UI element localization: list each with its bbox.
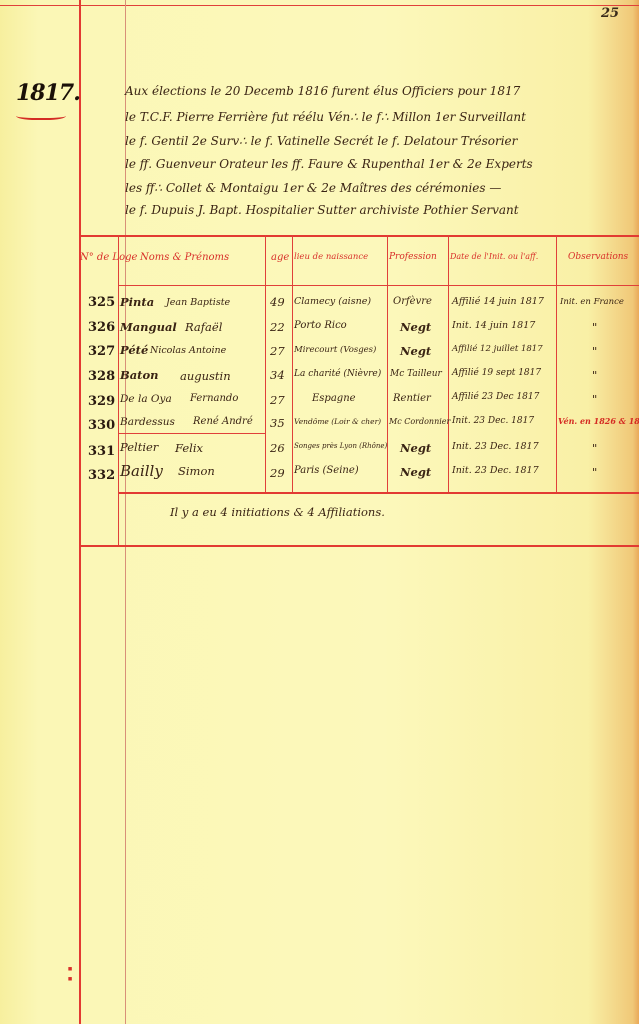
col-divider [448,235,449,492]
birthplace: Espagne [312,393,356,404]
surname: Bardessus [120,416,175,428]
given-names: Fernando [190,393,238,404]
profession: Negt [400,320,431,334]
observation: Init. en France [560,297,624,307]
lodge-number: 331 [88,444,115,459]
lodge-number: 328 [88,369,115,384]
observation: " [592,392,597,406]
intro-line: les ff∴ Collet & Montaigu 1er & 2e Maîtr… [125,181,635,195]
observation: " [592,441,597,455]
birthplace: Songes près Lyon (Rhône) [294,442,387,450]
intro-line: le ff. Guenveur Orateur les ff. Faure & … [125,157,635,171]
birthplace: Clamecy (aisne) [294,296,371,307]
observation: " [592,344,597,358]
given-names: Felix [175,441,203,455]
surname: Pinta [120,295,154,309]
date: Affilié 14 juin 1817 [452,296,544,307]
col-divider [118,235,119,545]
birthplace: La charité (Nièvre) [294,369,381,379]
surname: Baton [120,368,159,382]
header-observations: Observations [568,252,628,262]
birthplace: Paris (Seine) [294,465,359,476]
header-age: age [271,252,289,263]
birthplace: Vendôme (Loir & cher) [294,417,381,426]
age: 35 [270,416,285,430]
given-names: Nicolas Antoine [150,345,226,356]
margin-line-inner [125,0,126,1024]
summary-bottom-rule [79,545,639,547]
col-divider [292,235,293,492]
given-names: augustin [180,369,231,383]
header-date: Date de l'Init. ou l'aff. [450,252,538,261]
col-divider [556,235,557,492]
top-rule [0,5,639,6]
observation: Vén. en 1826 & 1827 [558,416,639,426]
date: Affilié 12 juillet 1817 [452,344,543,354]
surname: Pété [120,343,148,357]
date: Init. 14 juin 1817 [452,320,535,331]
age: 34 [270,368,285,382]
date: Init. 23 Dec. 1817 [452,416,534,426]
profession: Orfèvre [393,296,432,307]
profession: Negt [400,465,431,479]
year-margin: 1817. [16,80,80,106]
header-profession: Profession [389,252,437,262]
year-underline [16,110,66,120]
header-birthplace: lieu de naissance [294,252,368,262]
lodge-number: 325 [88,295,115,310]
observation: " [592,320,597,334]
page-number: 25 [601,6,619,21]
lodge-number: 329 [88,394,115,409]
age: 27 [270,344,285,358]
observation: " [592,465,597,479]
birthplace: Mirecourt (Vosges) [294,345,376,355]
intro-line: Aux élections le 20 Decemb 1816 furent é… [125,84,635,98]
margin-line-outer [79,0,81,1024]
table-top-rule [79,235,639,237]
lodge-number: 327 [88,344,115,359]
col-divider [387,235,388,492]
surname: Peltier [120,440,158,454]
summary-line: Il y a eu 4 initiations & 4 Affiliations… [170,505,385,519]
given-names: René André [193,416,253,427]
given-names: Jean Baptiste [166,297,230,308]
given-names: Rafaël [185,320,222,334]
lodge-number: 330 [88,418,115,433]
surname: De la Oya [120,393,172,405]
date: Init. 23 Dec. 1817 [452,441,539,452]
profession: Mc Cordonnier [389,417,450,426]
lodge-number: 326 [88,320,115,335]
intro-line: le f. Dupuis J. Bapt. Hospitalier Sutter… [125,203,635,217]
row-330-rule [118,433,266,434]
date: Init. 23 Dec. 1817 [452,465,539,476]
intro-line: le T.C.F. Pierre Ferrière fut réélu Vén∴… [125,110,635,124]
age: 49 [270,295,285,309]
surname: Bailly [120,462,163,480]
header-num: N° de Loge [80,252,137,263]
observation: " [592,368,597,382]
profession: Negt [400,344,431,358]
age: 29 [270,466,285,480]
profession: Mc Tailleur [390,369,442,379]
given-names: Simon [178,464,215,478]
header-bottom-rule [118,285,639,286]
date: Affilié 23 Dec 1817 [452,392,539,402]
age: 27 [270,393,285,407]
surname: Mangual [120,320,177,334]
table-bottom-rule [118,492,639,494]
margin-stamp: ▪ ▪ [66,965,74,983]
header-name: Noms & Prénoms [140,252,229,263]
birthplace: Porto Rico [294,320,347,331]
lodge-number: 332 [88,468,115,483]
profession: Negt [400,441,431,455]
col-divider [265,235,266,492]
date: Affilié 19 sept 1817 [452,368,541,378]
age: 22 [270,320,285,334]
profession: Rentier [393,393,431,404]
age: 26 [270,441,285,455]
intro-line: le f. Gentil 2e Surv∴ le f. Vatinelle Se… [125,134,635,148]
